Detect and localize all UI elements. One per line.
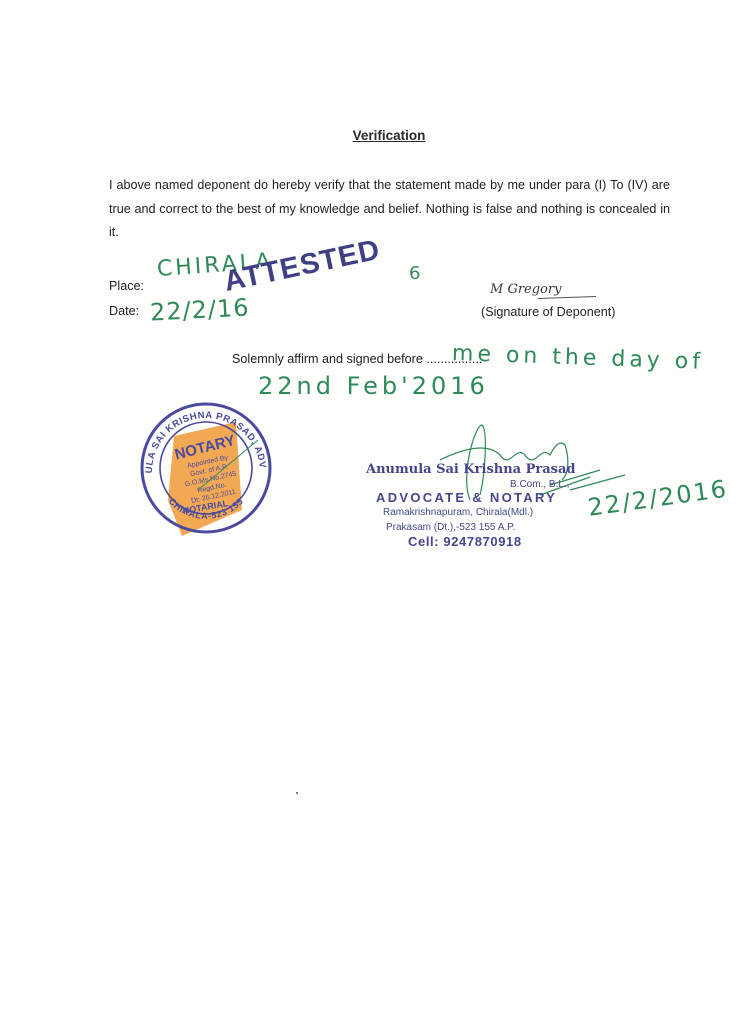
handwritten-date: 22/2/16 [149,293,250,326]
affirm-line: Solemnly affirm and signed before ......… [232,352,482,366]
handwritten-affirm-continuation-2: 22nd Feb'2016 [258,372,489,400]
verification-paragraph: I above named deponent do hereby verify … [109,174,670,245]
notary-title: ADVOCATE & NOTARY [376,490,557,505]
deponent-signature: M Gregory [490,282,561,297]
notary-address-line-2: Prakasam (Dt.),-523 155 A.P. [386,522,515,533]
scan-speck [296,792,298,794]
document-page: Verification I above named deponent do h… [0,0,744,1024]
notary-address-line-1: Ramakrishnapuram, Chirala(Mdl.) [383,507,533,518]
date-label: Date: [109,304,139,318]
handwritten-margin-mark: 6 [409,263,420,284]
affirm-text: Solemnly affirm and signed before [232,352,423,366]
page-title: Verification [0,128,744,143]
handwritten-affirm-continuation-1: me on the day of [452,341,705,375]
notary-seal: ANUMULA SAI KRISHNA PRASAD, ADVOCATE CHI… [138,400,274,536]
notary-name: Anumula Sai Krishna Prasad [366,462,576,477]
place-label: Place: [109,279,144,293]
notary-cell: Cell: 9247870918 [408,534,522,549]
signature-caption: (Signature of Deponent) [481,305,615,319]
notary-qualifications: B.Com., B.L., [510,479,569,490]
